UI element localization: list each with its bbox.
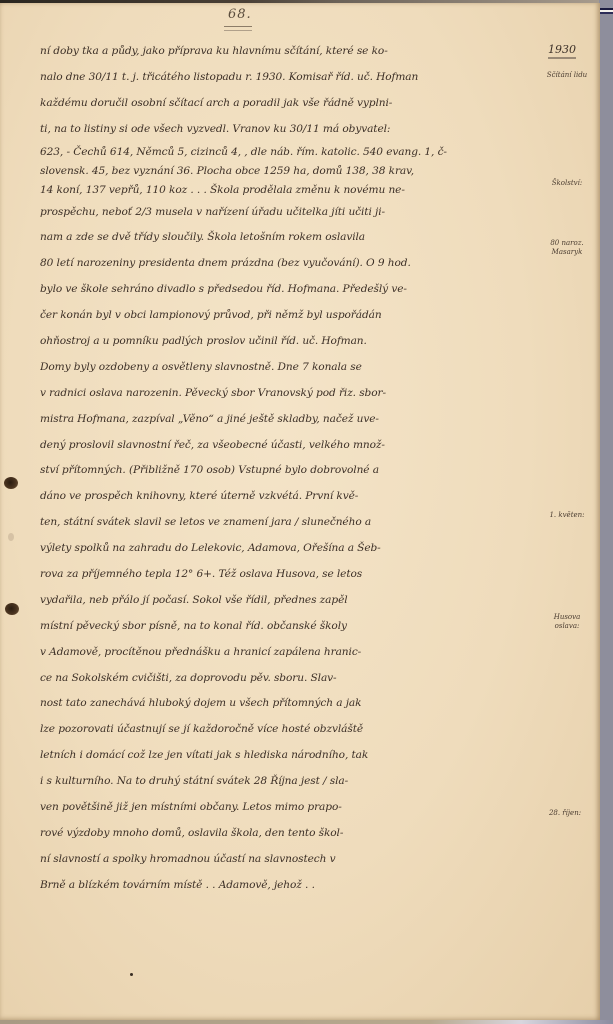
text-line: 623, - Čechů 614, Němců 5, cizinců 4, , … [40, 143, 540, 162]
text-line: ven povětšině již jen místními občany. L… [40, 795, 540, 821]
text-line: rové výzdoby mnoho domů, oslavila škola,… [40, 821, 540, 847]
margin-note-rijen: 28. říjen: [540, 809, 590, 818]
text-line: v radnici oslava narozenin. Pěvecký sbor… [40, 381, 540, 407]
text-line: i s kulturního. Na to druhý státní sváte… [40, 769, 540, 795]
margin-note-narozeniny: 80 naroz. Masaryk [544, 239, 590, 257]
text-line: letních i domácí což lze jen vítati jak … [40, 743, 540, 769]
text-line: nalo dne 30/11 t. j. třicátého listopadu… [40, 65, 540, 91]
text-line: dáno ve prospěch knihovny, které úterně … [40, 484, 540, 510]
ink-speck [130, 973, 133, 976]
scan-bottom-edge [0, 1020, 613, 1024]
handwritten-text-block: ní doby tka a půdy, jako příprava ku hla… [40, 39, 540, 899]
bookmark-ribbon [599, 8, 613, 14]
text-line: ohňostroj a u pomníku padlých proslov uč… [40, 329, 540, 355]
text-line: výlety spolků na zahradu do Lelekovic, A… [40, 536, 540, 562]
text-line: v Adamově, procítěnou přednášku a hranic… [40, 640, 540, 666]
text-line: vydařila, neb přálo jí počasí. Sokol vše… [40, 588, 540, 614]
paper-stain [8, 533, 14, 541]
text-line: nost tato zanechává hluboký dojem u všec… [40, 691, 540, 717]
text-line: 80 letí narozeniny presidenta dnem prázd… [40, 251, 540, 277]
page-number-underline [224, 26, 252, 31]
text-line: ní slavností a spolky hromadnou účastí n… [40, 847, 540, 873]
margin-year: 1930 [548, 43, 576, 59]
text-line: ství přítomných. (Přibližně 170 osob) Vs… [40, 458, 540, 484]
margin-note-skolstvi: Školství: [544, 179, 590, 188]
text-line: ní doby tka a půdy, jako příprava ku hla… [40, 39, 540, 65]
margin-note-kveten: 1. květen: [544, 511, 590, 520]
scan-right-edge [599, 0, 613, 1024]
text-line: lze pozorovati účastnují se jí každoročn… [40, 717, 540, 743]
text-line: mistra Hofmana, zazpíval „Věno“ a jiné j… [40, 407, 540, 433]
text-line: bylo ve škole sehráno divadlo s předsedo… [40, 277, 540, 303]
text-line: nam a zde se dvě třídy sloučily. Škola l… [40, 225, 540, 251]
margin-note-scitani: Sčítání lidu [544, 71, 590, 80]
binding-hole [5, 603, 19, 615]
text-line: 14 koní, 137 vepřů, 110 koz . . . Škola … [40, 181, 540, 200]
text-line: Domy byly ozdobeny a osvětleny slavnostn… [40, 355, 540, 381]
page-number: 68. [228, 7, 252, 22]
text-line: slovensk. 45, bez vyznání 36. Plocha obc… [40, 162, 540, 181]
text-line: místní pěvecký sbor písně, na to konal ř… [40, 614, 540, 640]
text-line: čer konán byl v obci lampionový průvod, … [40, 303, 540, 329]
margin-note-husova-oslava: Husova oslava: [544, 613, 590, 631]
text-line: dený proslovil slavnostní řeč, za všeobe… [40, 433, 540, 459]
text-line: rova za příjemného tepla 12° 6+. Též osl… [40, 562, 540, 588]
text-line: ten, státní svátek slavil se letos ve zn… [40, 510, 540, 536]
text-line: každému doručil osobní sčítací arch a po… [40, 91, 540, 117]
manuscript-page: 68. 1930 Sčítání lidu Školství: 80 naroz… [0, 3, 600, 1021]
text-line: Brně a blízkém továrním místě . . Adamov… [40, 873, 540, 899]
text-line: ce na Sokolském cvičišti, za doprovodu p… [40, 666, 540, 692]
text-line: prospěchu, neboť 2/3 musela v nařízení ú… [40, 200, 540, 226]
binding-hole [4, 477, 18, 489]
text-line: ti, na to listiny si ode všech vyzvedl. … [40, 117, 540, 143]
